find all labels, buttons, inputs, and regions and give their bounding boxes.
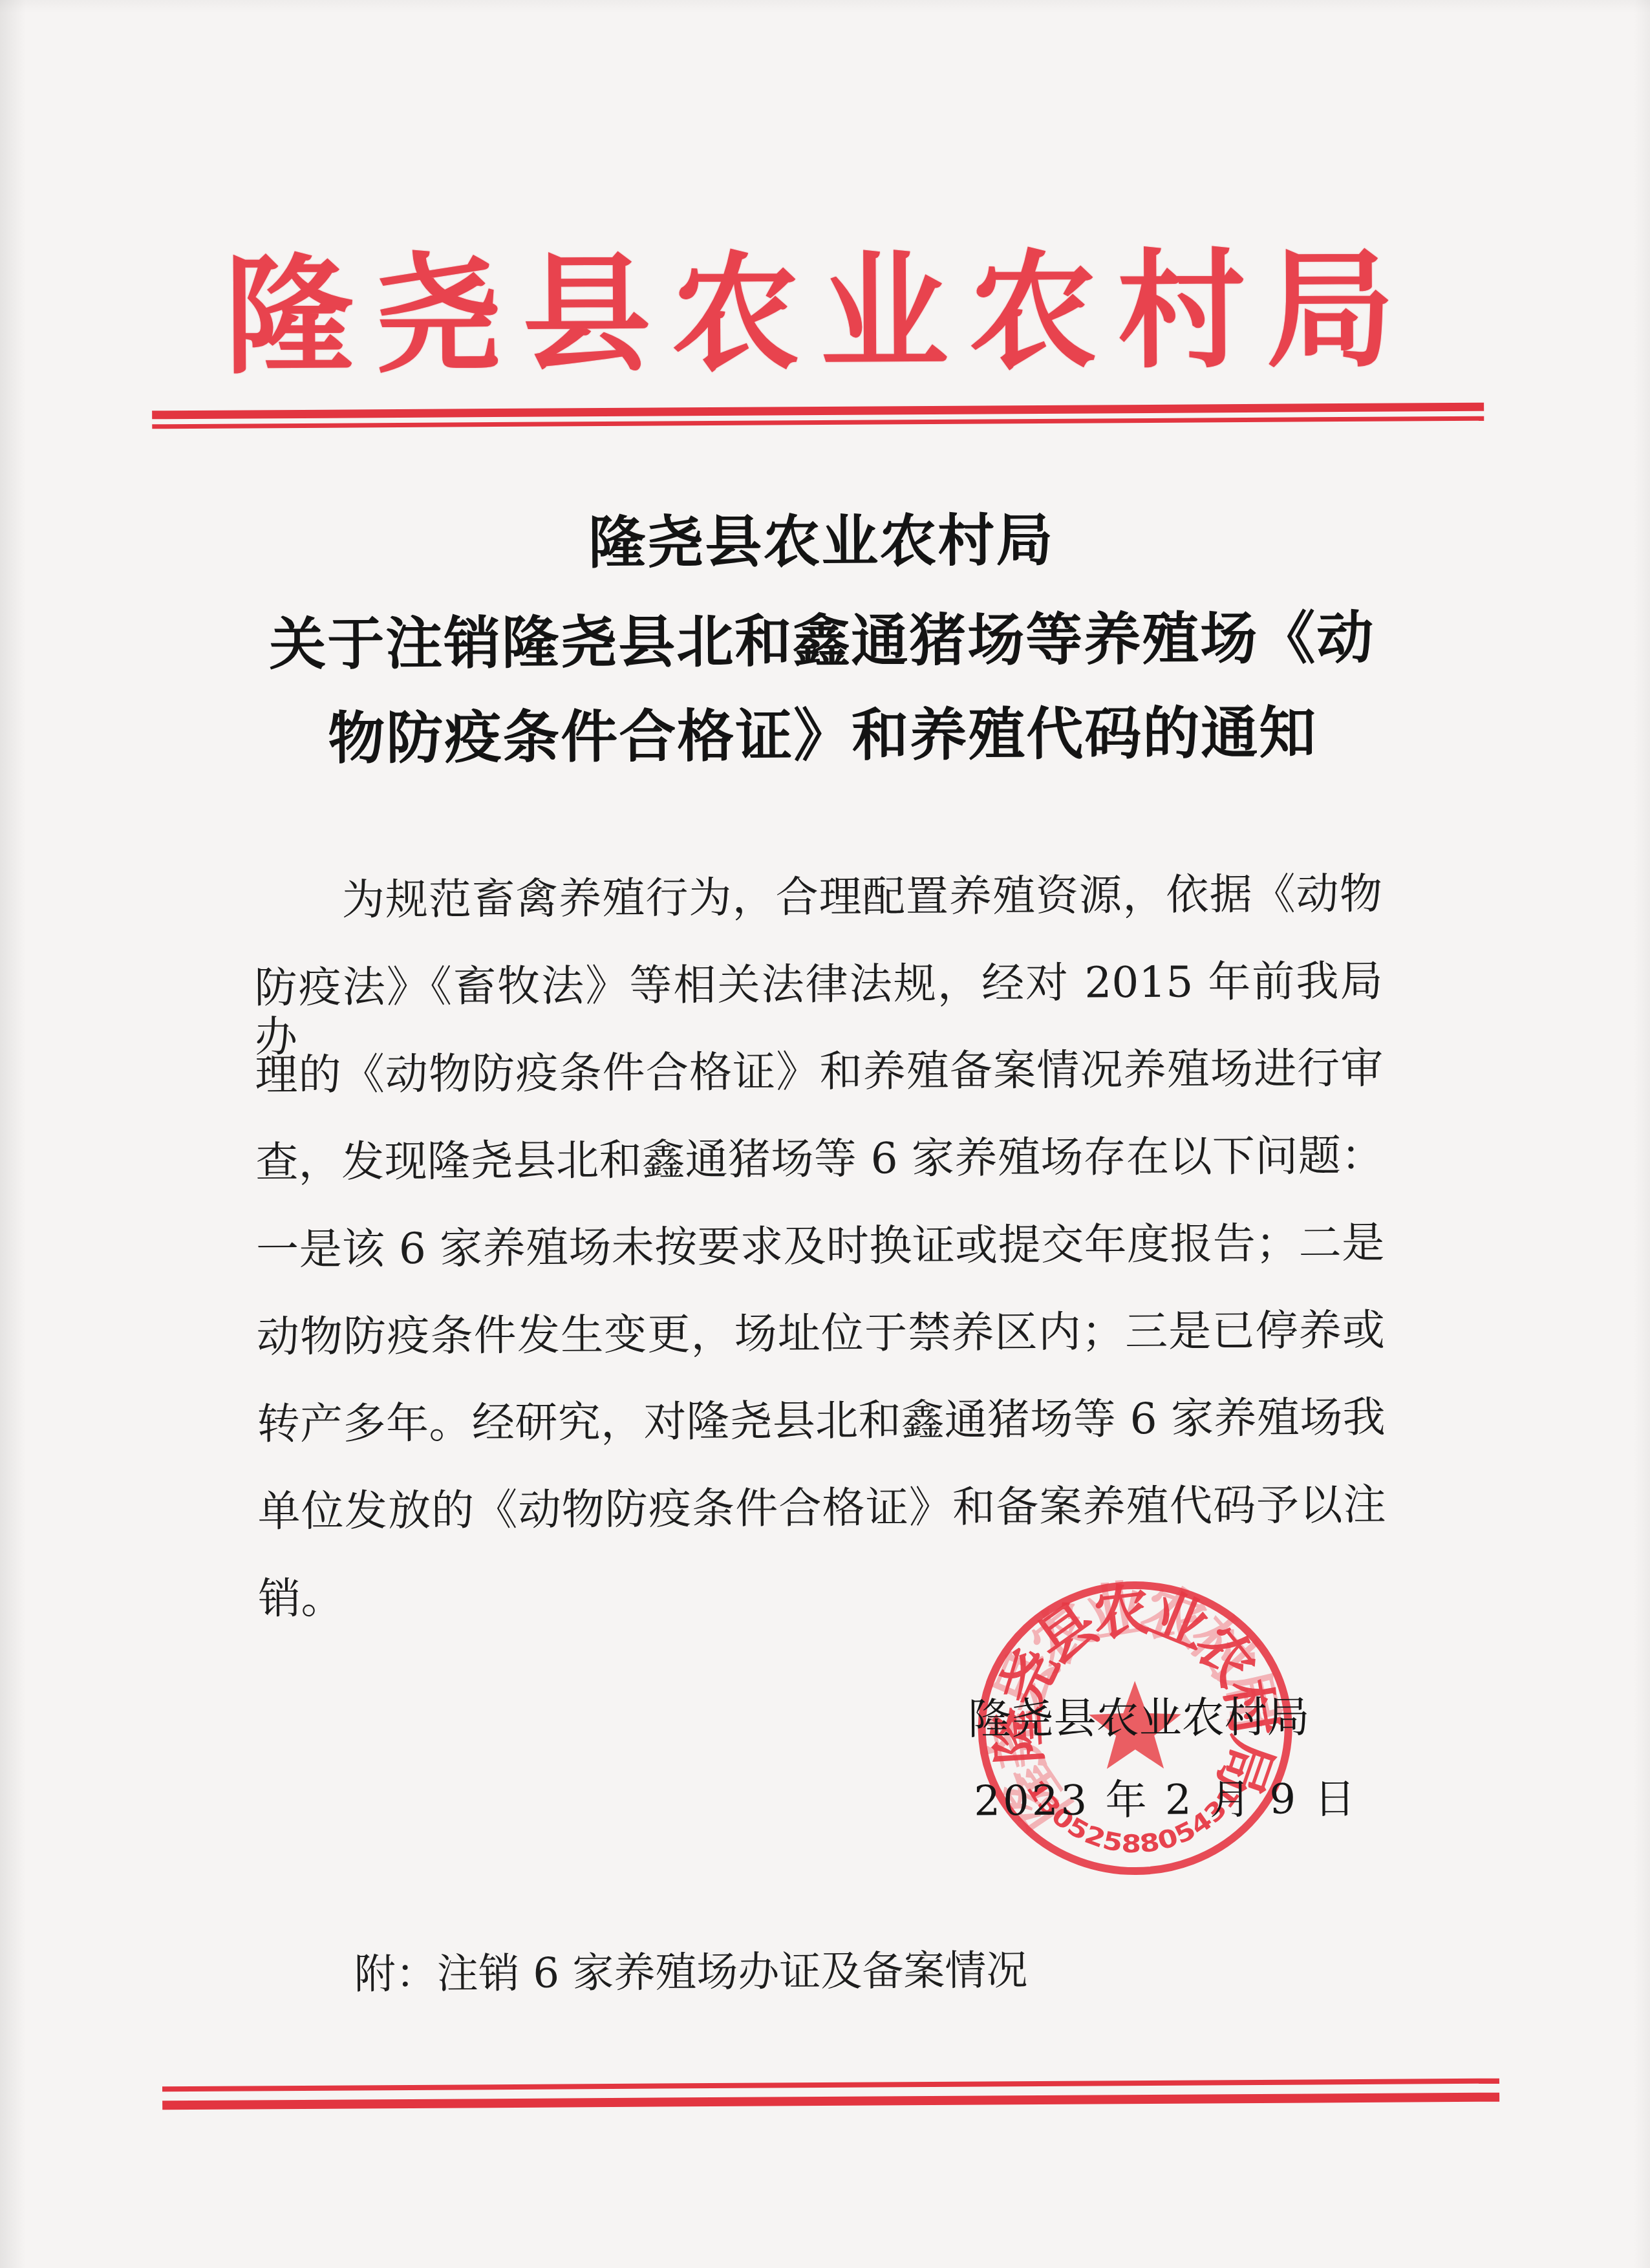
body-line: 为规范畜禽养殖行为，合理配置养殖资源，依据《动物	[254, 870, 1382, 926]
document-title-line-2: 关于注销隆尧县北和鑫通猪场等养殖场《动	[0, 607, 1647, 674]
body-line: 单位发放的《动物防疫条件合格证》和备案养殖代码予以注	[257, 1481, 1386, 1537]
body-line: 查，发现隆尧县北和鑫通猪场等 6 家养殖场存在以下问题：	[255, 1131, 1384, 1188]
body-line: 转产多年。经研究，对隆尧县北和鑫通猪场等 6 家养殖场我	[257, 1393, 1385, 1450]
signature-agency: 隆尧县农业农村局	[968, 1696, 1309, 1740]
letterhead-agency-title: 隆尧县农业农村局	[0, 241, 1645, 385]
footer-separator-thick-line	[162, 2093, 1499, 2110]
scanned-official-document: 隆尧县农业农村局 隆尧县农业农村局 关于注销隆尧县北和鑫通猪场等养殖场《动 物防…	[0, 0, 1650, 2268]
body-line: 理的《动物防疫条件合格证》和养殖备案情况养殖场进行审	[255, 1044, 1383, 1100]
document-title-line-1: 隆尧县农业农村局	[0, 508, 1647, 575]
document-content: 隆尧县农业农村局 隆尧县农业农村局 关于注销隆尧县北和鑫通猪场等养殖场《动 物防…	[0, 0, 1650, 2268]
signature-date: 2023 年 2 月 9 日	[974, 1779, 1358, 1823]
body-line: 动物防疫条件发生变更，场址位于禁养区内；三是已停养或	[257, 1306, 1385, 1362]
body-line: 一是该 6 家养殖场未按要求及时换证或提交年度报告；二是	[256, 1219, 1384, 1275]
body-paragraph: 为规范畜禽养殖行为，合理配置养殖资源，依据《动物 防疫法》《畜牧法》等相关法律法…	[0, 0, 1643, 5]
footer-separator-thin-line	[162, 2079, 1499, 2092]
attachment-note: 附：注销 6 家养殖场办证及备案情况	[354, 1950, 1028, 1995]
document-title-line-3: 物防疫条件合格证》和养殖代码的通知	[0, 701, 1647, 769]
header-separator-thick-line	[152, 403, 1484, 420]
header-separator-thin-line	[152, 416, 1484, 429]
